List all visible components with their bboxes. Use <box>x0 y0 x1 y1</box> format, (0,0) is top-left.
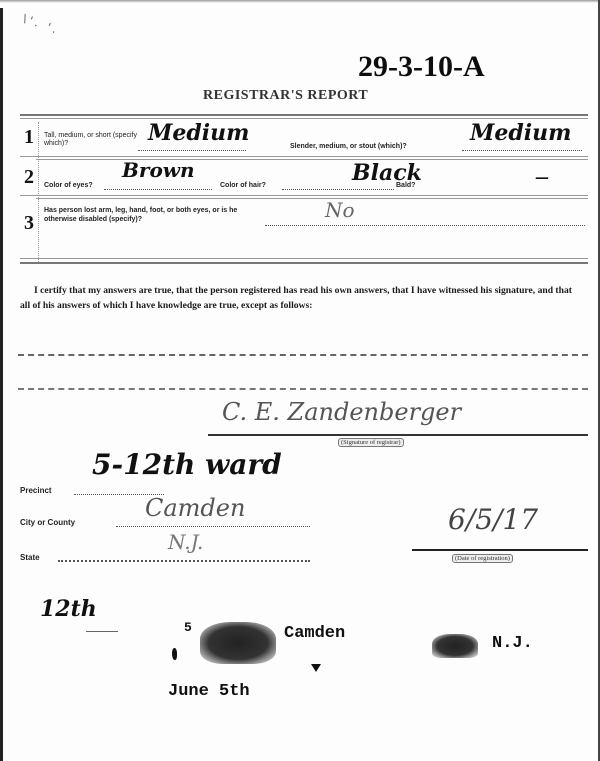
bald-answer: — <box>535 170 549 186</box>
ward-note: 12th <box>40 596 97 622</box>
state-field-line <box>58 560 310 562</box>
question-number-3: 3 <box>24 212 34 235</box>
divider <box>20 262 588 264</box>
city-field-line <box>116 526 310 527</box>
build-field-line <box>462 150 582 151</box>
height-field-line <box>138 150 246 151</box>
divider <box>20 258 588 259</box>
registrar-report-card: \'. '. 29-3-10-A REGISTRAR'S REPORT 1 Ta… <box>0 0 600 761</box>
exceptions-line-1 <box>18 354 588 356</box>
height-answer: Medium <box>148 120 249 146</box>
left-edge <box>0 8 3 761</box>
exceptions-line-2 <box>18 388 588 390</box>
city-label: City or County <box>20 518 75 527</box>
serial-number: 29-3-10-A <box>358 50 485 84</box>
question-number-1: 1 <box>24 126 34 149</box>
eye-color-label: Color of eyes? <box>44 182 93 189</box>
precinct-label: Precinct <box>20 486 52 495</box>
hair-color-label: Color of hair? <box>220 182 266 189</box>
eye-color-answer: Brown <box>122 158 195 182</box>
ward-note-underline <box>86 631 118 632</box>
corner-marks: \'. '. <box>21 12 61 37</box>
stamp-date: June 5th <box>168 682 250 701</box>
build-label: Slender, medium, or stout (which)? <box>290 143 407 150</box>
signature-caption: (Signature of registrar) <box>338 438 404 447</box>
stamp-city: Camden <box>284 624 345 643</box>
eye-color-field-line <box>104 189 212 190</box>
row-guide <box>38 122 39 262</box>
stamp-comma <box>172 648 177 660</box>
divider <box>20 195 588 196</box>
disability-field-line <box>265 225 585 226</box>
divider <box>20 156 588 157</box>
divider <box>20 118 588 119</box>
question-number-2: 2 <box>24 166 34 189</box>
disability-answer: No <box>325 198 355 222</box>
state-label: State <box>20 553 40 562</box>
date-caption: (Date of registration) <box>452 554 513 563</box>
stamp-state: N.J. <box>492 634 533 653</box>
ink-blot-icon <box>432 634 478 658</box>
date-line <box>412 549 588 551</box>
divider <box>36 159 588 160</box>
registration-date: 6/5/17 <box>448 503 538 536</box>
stamp-number: 5 <box>184 620 192 635</box>
bald-label: Bald? <box>396 182 415 189</box>
height-label: Tall, medium, or short (specify which)? <box>44 132 139 148</box>
city-answer: Camden <box>145 494 245 522</box>
ink-blot-icon <box>200 622 276 664</box>
page-title: REGISTRAR'S REPORT <box>203 88 368 104</box>
registrar-signature: C. E. Zandenberger <box>222 398 461 426</box>
precinct-answer: 5-12th ward <box>92 448 282 481</box>
signature-line <box>208 434 588 436</box>
certification-text: I certify that my answers are true, that… <box>20 283 580 313</box>
state-answer: N.J. <box>168 530 203 554</box>
build-answer: Medium <box>470 120 571 146</box>
divider <box>20 114 588 116</box>
hair-color-field-line <box>282 189 394 190</box>
divider <box>36 198 588 199</box>
stamp-arrow-icon <box>311 664 321 672</box>
disability-label: Has person lost arm, leg, hand, foot, or… <box>44 206 239 224</box>
top-edge <box>0 0 600 3</box>
